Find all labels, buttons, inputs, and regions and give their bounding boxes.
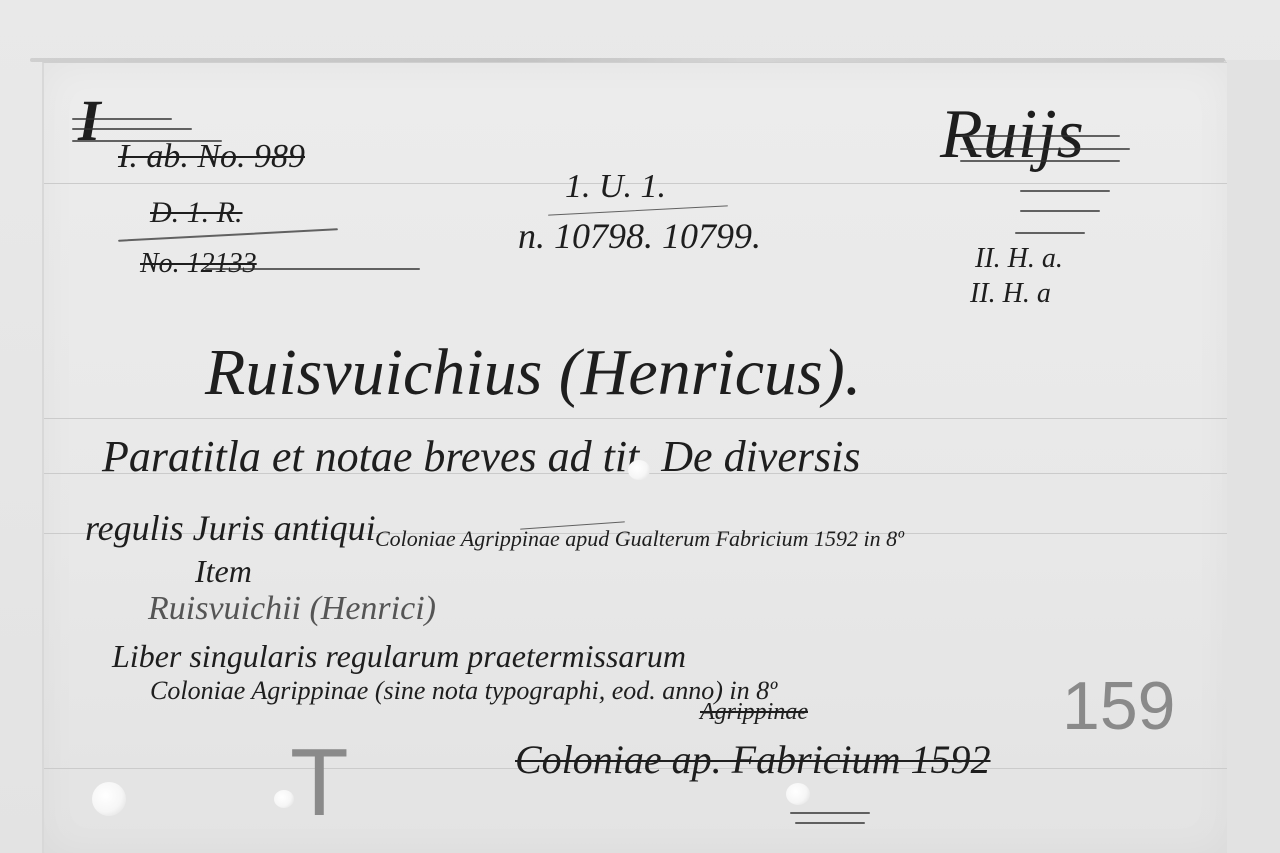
backing-sheet-right (1225, 60, 1280, 853)
strike-scribble (790, 812, 870, 814)
paper-speck (274, 790, 294, 808)
title-line-3: Item (195, 555, 252, 587)
title-line-2: regulis Juris antiqui (85, 510, 376, 546)
author-heading: Ruisvuichius (Henricus). (205, 340, 861, 406)
strike-scribble (1020, 210, 1100, 212)
shelfmark-center-line-1: 1. U. 1. (565, 170, 666, 204)
shelfmark-right-line-2: II. H. a (970, 280, 1051, 308)
paper-speck (786, 783, 810, 805)
strike-scribble (960, 148, 1130, 150)
shelfmark-line-2: D. 1. R. (150, 198, 243, 228)
subtitle-line-1: Liber singularis regularum praetermissar… (112, 640, 686, 672)
shelfmark-line-3: No. 12133 (140, 250, 257, 278)
paper-speck (92, 782, 126, 816)
imprint-inserted: Coloniae Agrippinae apud Gualterum Fabri… (375, 528, 904, 550)
correction-above: Agrippinae (700, 700, 808, 724)
shelfmark-right-line-1: II. H. a. (975, 245, 1063, 273)
strike-scribble (72, 128, 192, 130)
strike-scribble (205, 268, 420, 270)
title-line-1: Paratitla et notae breves ad tit. De div… (102, 435, 860, 479)
strike-scribble (960, 160, 1120, 162)
pencil-mark: T (290, 735, 349, 831)
paper-speck (628, 460, 650, 480)
subtitle-line-2: Coloniae Agrippinae (sine nota typograph… (150, 678, 777, 704)
strike-scribble (1020, 190, 1110, 192)
ruled-line (44, 418, 1227, 419)
pencil-number: 159 (1062, 672, 1175, 740)
strike-scribble (960, 135, 1120, 137)
imprint-struck: Coloniae ap. Fabricium 1592 (515, 740, 991, 780)
shelfmark-center-line-2: n. 10798. 10799. (518, 218, 761, 254)
strike-scribble (72, 140, 222, 142)
strike-scribble (1015, 232, 1085, 234)
strike-scribble (795, 822, 865, 824)
author-variant: Ruisvuichii (Henrici) (148, 592, 436, 626)
shelfmark-line-1: I. ab. No. 989 (118, 140, 305, 174)
strike-scribble (72, 118, 172, 120)
